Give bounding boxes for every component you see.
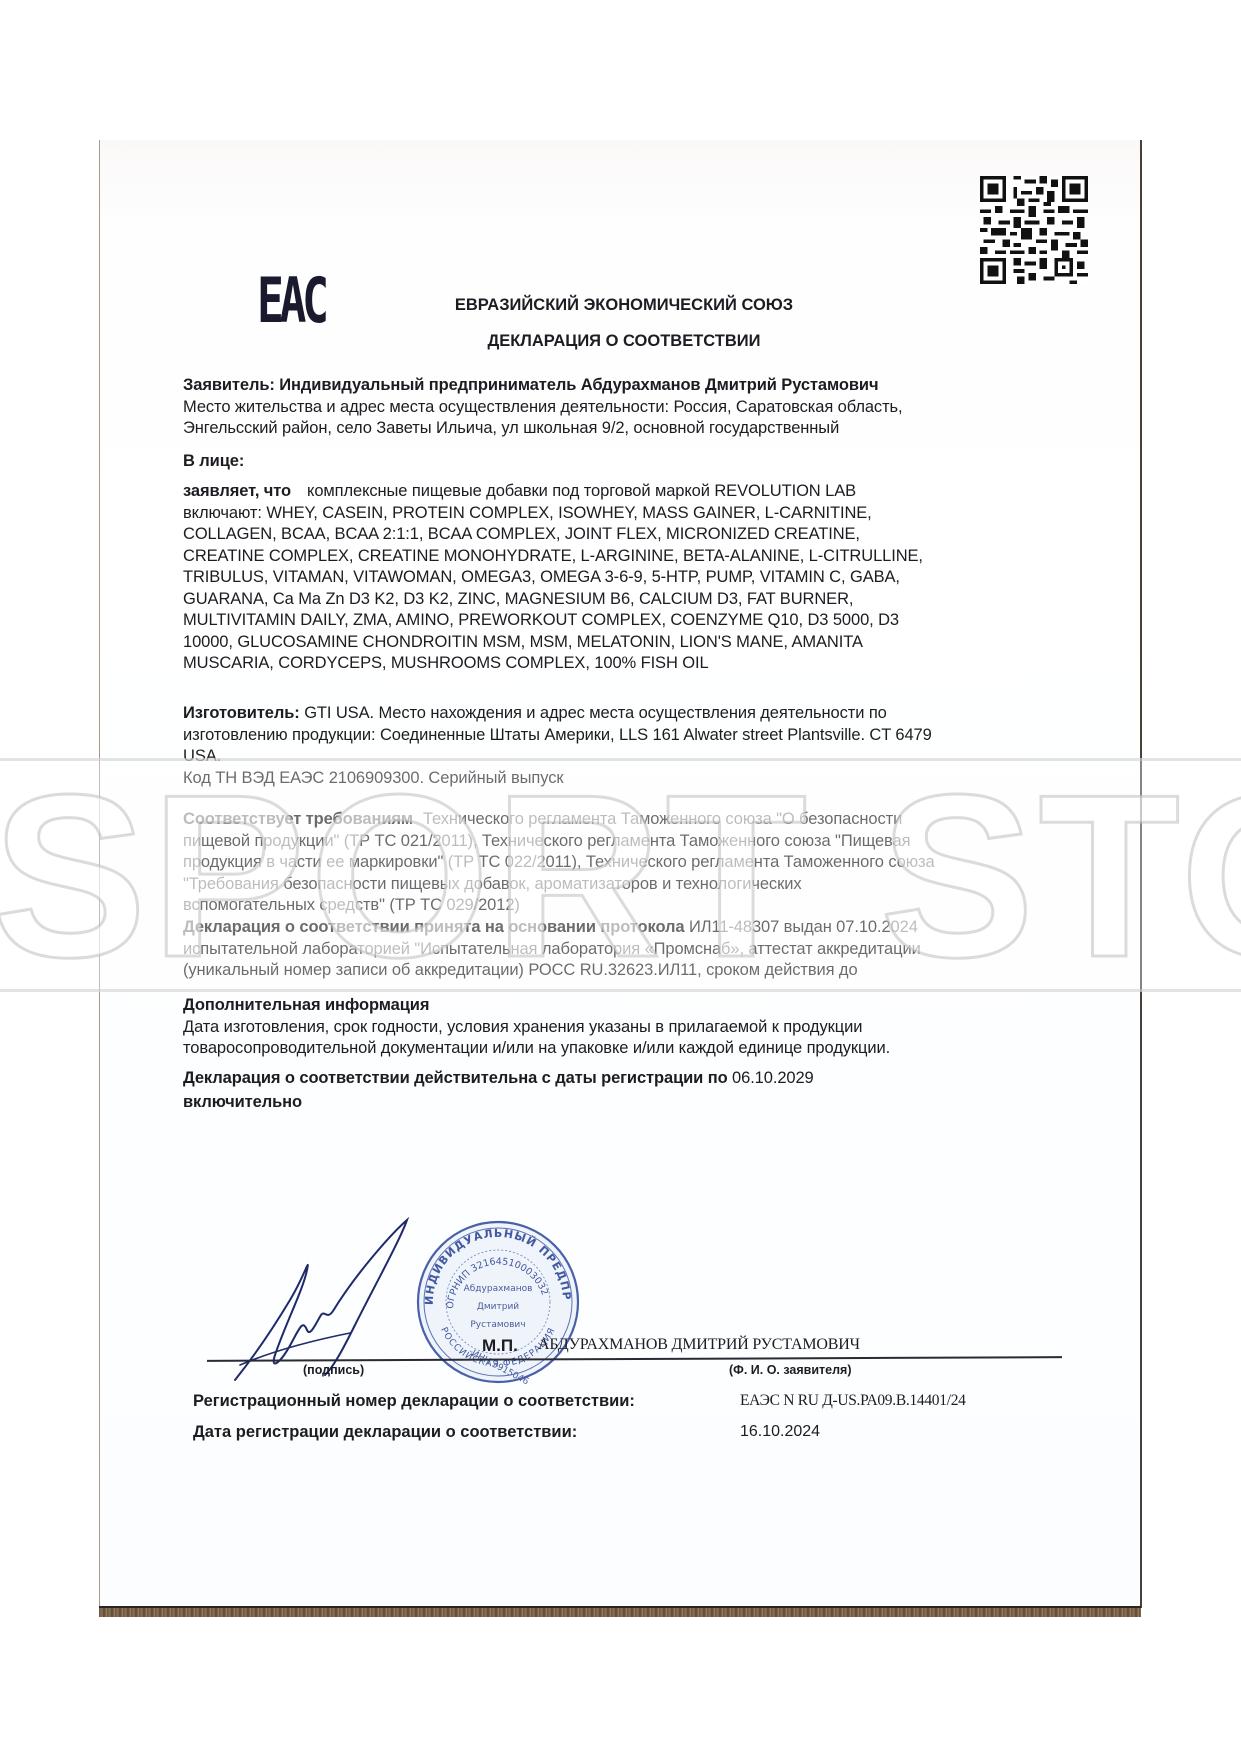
union-title: ЕВРАЗИЙСКИЙ ЭКОНОМИЧЕСКИЙ СОЮЗ <box>0 296 1080 315</box>
applicant-label: Заявитель: <box>183 376 275 394</box>
requirements-section: Соответствует требованиямТехнического ре… <box>183 809 1078 917</box>
product-line: COLLAGEN, BCAA, BCAA 2:1:1, BCAA COMPLEX… <box>183 524 1078 546</box>
applicant-address-line: Место жительства и адрес места осуществл… <box>183 397 1078 419</box>
registration-number-value: ЕАЭС N RU Д-US.РА09.В.14401/24 <box>740 1392 966 1410</box>
requirements-line: пищевой продукции" (ТР ТС 021/2011), Тех… <box>183 831 1078 853</box>
product-line: комплексные пищевые добавки под торговой… <box>307 482 856 500</box>
applicant-address-line: Энгельсский район, село Заветы Ильича, у… <box>183 418 1078 440</box>
registration-number-label: Регистрационный номер декларации о соотв… <box>193 1392 635 1411</box>
protocol-label: Декларация о соответствии принята на осн… <box>183 918 685 936</box>
protocol-section: Декларация о соответствии принята на осн… <box>183 917 1078 982</box>
in-face-label: В лице: <box>183 451 1078 473</box>
requirements-line: вспомогательных средств" (ТР ТС 029/2012… <box>183 895 1078 917</box>
registration-date-label: Дата регистрации декларации о соответств… <box>193 1423 577 1442</box>
requirements-line: продукция в части ее маркировки" (ТР ТС … <box>183 852 1078 874</box>
product-line: TRIBULUS, VITAMAN, VITAWOMAN, OMEGA3, OM… <box>183 567 1078 589</box>
additional-info-label: Дополнительная информация <box>183 995 1078 1017</box>
additional-info-line: товаросопроводительной документации и/ил… <box>183 1038 1078 1060</box>
applicant-name: Индивидуальный предприниматель Абдурахма… <box>279 376 878 394</box>
product-line: включают: WHEY, CASEIN, PROTEIN COMPLEX,… <box>183 503 1078 525</box>
validity-suffix: включительно <box>183 1090 1078 1114</box>
product-line: MULTIVITAMIN DAILY, ZMA, AMINO, PREWORKO… <box>183 610 1078 632</box>
manufacturer-section: Изготовитель: GTI USA. Место нахождения … <box>183 703 1078 789</box>
registration-date-value: 16.10.2024 <box>740 1423 820 1441</box>
declaration-section: заявляет, чтокомплексные пищевые добавки… <box>183 481 1078 675</box>
product-line: GUARANA, Ca Ma Zn D3 K2, D3 K2, ZINC, MA… <box>183 589 1078 611</box>
additional-info-line: Дата изготовления, срок годности, услови… <box>183 1017 1078 1039</box>
document-title: ДЕКЛАРАЦИЯ О СООТВЕТСТВИИ <box>0 332 1080 351</box>
protocol-value: ИЛ11-48307 выдан 07.10.2024 <box>689 918 918 936</box>
hs-code-line: Код ТН ВЭД ЕАЭС 2106909300. Серийный вып… <box>183 768 1078 790</box>
declares-label: заявляет, что <box>183 482 291 500</box>
requirements-label: Соответствует требованиям <box>183 810 413 828</box>
validity-label: Декларация о соответствии действительна … <box>183 1069 728 1087</box>
protocol-line: испытательной лабораторией "Испытательна… <box>183 939 1078 961</box>
validity-section: Декларация о соответствии действительна … <box>183 1066 1078 1114</box>
manufacturer-line: GTI USA. Место нахождения и адрес места … <box>304 704 887 722</box>
manufacturer-line: изготовлению продукции: Соединенные Штат… <box>183 725 1078 747</box>
additional-info-section: Дополнительная информация Дата изготовле… <box>183 995 1078 1060</box>
manufacturer-line: USA. <box>183 746 1078 768</box>
product-line: 10000, GLUCOSAMINE CHONDROITIN MSM, MSM,… <box>183 632 1078 654</box>
qr-code-icon <box>980 176 1088 284</box>
table-surface-edge <box>99 1606 1141 1617</box>
requirements-line: "Требования безопасности пищевых добавок… <box>183 874 1078 896</box>
requirements-line: Технического регламента Таможенного союз… <box>423 810 902 828</box>
manufacturer-label: Изготовитель: <box>183 704 300 722</box>
validity-date: 06.10.2029 <box>732 1069 814 1087</box>
protocol-line: (уникальный номер записи об аккредитации… <box>183 960 1078 982</box>
product-line: CREATINE COMPLEX, CREATINE MONOHYDRATE, … <box>183 546 1078 568</box>
product-line: MUSCARIA, CORDYCEPS, MUSHROOMS COMPLEX, … <box>183 653 1078 675</box>
applicant-section: Заявитель: Индивидуальный предпринимател… <box>183 375 1078 440</box>
